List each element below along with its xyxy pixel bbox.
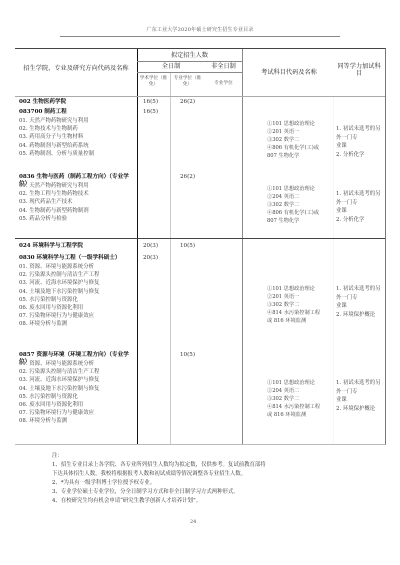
direction-item: 04. 土壤及地下水污染控制与修复	[19, 288, 137, 296]
direction-item: 03. 河流、近海水环境保护与修复	[19, 376, 137, 384]
header-divider	[15, 96, 385, 97]
direction-item: 02. 污染源头控制与清洁生产工程	[19, 271, 137, 279]
header-part-time: 非全日制	[205, 63, 242, 70]
section-divider	[15, 238, 385, 239]
direction-item: 08. 环境分析与监测	[19, 320, 137, 328]
direction-item: 05. 水污染控制与资源化	[19, 296, 137, 304]
college-name: 024 环境科学与工程学院	[19, 243, 135, 250]
direction-item: 01. 资源、环境与能源系统分析	[19, 360, 137, 368]
direction-item: 06. 废水回用与资源化利用	[19, 401, 137, 409]
exam-item: ③302 数学二	[267, 395, 333, 403]
direction-item: 02. 生物工程与生物药物技术	[19, 190, 137, 198]
direction-item: 05. 水污染控制与资源化	[19, 393, 137, 401]
note-item: 3、专业学位硕士专业学位，分全日制学习方式和非全日制学习方式两种形式。	[52, 488, 352, 497]
direction-item: 05. 药品分析与检验	[19, 215, 137, 223]
note-item: 下达具体招生人数，我校将根据报考人数和初试成绩等情况调整各专业招生人数。	[52, 470, 352, 479]
college-name: 002 生物医药学院	[19, 99, 135, 106]
direction-item: 03. 河流、近海水环境保护与修复	[19, 279, 137, 287]
notes-section: 注： 1、招生专业目录上各学院、各专业所列招生人数均为拟定数，仅供参考。复试前教…	[52, 452, 352, 506]
direction-list: 01. 资源、环境与能源系统分析 02. 污染源头控制与清洁生产工程 03. 河…	[19, 360, 137, 426]
page-title: 广东工业大学2020年硕士研究生招生专业目录	[60, 26, 340, 37]
direction-item: 04. 生物制药与新型药物制剂	[19, 207, 137, 215]
direction-item: 02. 污染源头控制与清洁生产工程	[19, 368, 137, 376]
exam-list: ①101 思想政治理论 ②204 英语二 ③302 数学二 ④814 水污染控制…	[267, 379, 333, 419]
exam-item: 或 816 环境监测	[267, 411, 333, 419]
academic-quota: 20(3)	[143, 255, 158, 262]
exam-item: ③302 数学二	[267, 301, 333, 309]
exam-item: ②204 英语二	[267, 387, 333, 395]
header-divider	[137, 61, 242, 62]
exam-item: 或 816 环境监测	[267, 317, 333, 325]
page-number: 24	[190, 519, 196, 525]
notes-heading: 注：	[52, 452, 352, 461]
exam-item: ④814 水污染控制工程	[267, 309, 333, 317]
exam-item: ②201 英语一	[267, 293, 333, 301]
header-quota: 拟定招生人数	[137, 52, 242, 59]
remark-item: 2. 环境保护概论	[336, 405, 384, 414]
direction-item: 01. 资源、环境与能源系统分析	[19, 263, 137, 271]
major-name: 0830 环境科学与工程（一级学科硕士）	[19, 255, 137, 262]
direction-item: 04. 土壤及地下水污染控制与修复	[19, 385, 137, 393]
direction-item: 03. 现代药品生产技术	[19, 198, 137, 206]
professional-quota: 10(5)	[180, 352, 195, 359]
academic-quota: 20(3)	[143, 243, 158, 250]
professional-quota: 26(2)	[180, 99, 195, 106]
direction-item: 05. 药物制剂、分析与质量控制	[19, 150, 137, 158]
remark-item: 业课	[336, 142, 384, 151]
header-academic: 学术学位（推免）	[139, 76, 168, 87]
direction-item: 08. 环境分析与监测	[19, 417, 137, 425]
exam-item: 807 生物化学	[267, 152, 333, 160]
remark-item: 业课	[336, 302, 384, 311]
direction-item: 07. 污染物环境行为与健康效应	[19, 312, 137, 320]
remarks-list: 1. 初试未选考的另外一门专 业课 2. 环境保护概论	[336, 379, 384, 413]
exam-item: ①101 思想政治理论	[267, 379, 333, 387]
remark-item: 1. 初试未选考的另外一门专	[336, 379, 384, 396]
exam-list: ①101 思想政治理论 ②204 英语二 ③302 数学二 ④806 有机化学(…	[267, 185, 333, 225]
direction-list: 01. 资源、环境与能源系统分析 02. 污染源头控制与清洁生产工程 03. 河…	[19, 263, 137, 329]
major-name: 083700 制药工程	[19, 109, 135, 116]
column-divider	[137, 49, 138, 444]
column-divider	[242, 49, 243, 444]
direction-item: 04. 药物制剂与新型给药系统	[19, 142, 137, 150]
remark-item: 1. 初试未选考的另外一门专	[336, 190, 384, 207]
exam-item: ①101 思想政治理论	[267, 120, 333, 128]
remark-item: 2. 分析化学	[336, 216, 384, 225]
remark-item: 2. 环境保护概论	[336, 311, 384, 320]
direction-item: 01. 天然产物药物研究与利用	[19, 117, 137, 125]
header-remarks: 同等学力加试科目	[335, 63, 383, 77]
remarks-list: 1. 初试未选考的另外一门专 业课 2. 分析化学	[336, 125, 384, 159]
exam-item: ②201 英语一	[267, 128, 333, 136]
column-divider	[170, 72, 171, 444]
direction-item: 03. 药用高分子与生物材料	[19, 133, 137, 141]
header-professional-pt: 专业学位	[207, 81, 240, 87]
exam-item: ①101 思想政治理论	[267, 285, 333, 293]
note-item: 2、*为具有一级学科博士学位授予权专业。	[52, 479, 352, 488]
program-table: 招生学院、专业及研究方向代码及名称 拟定招生人数 全日制 非全日制 学术学位（推…	[15, 48, 386, 445]
remarks-list: 1. 初试未选考的另外一门专 业课 2. 分析化学	[336, 190, 384, 224]
note-item: 4、在校研究生均有机会申请“研究生教学创新人才培养计划”。	[52, 497, 352, 506]
exam-item: ①101 思想政治理论	[267, 185, 333, 193]
exam-item: ④814 水污染控制工程	[267, 403, 333, 411]
remarks-list: 1. 初试未选考的另外一门专 业课 2. 环境保护概论	[336, 285, 384, 319]
exam-item: ③302 数学二	[267, 201, 333, 209]
academic-quota: 16(5)	[143, 109, 158, 116]
remark-item: 业课	[336, 396, 384, 405]
exam-item: ②204 英语二	[267, 193, 333, 201]
header-program-label: 招生学院、专业及研究方向代码及名称	[23, 65, 128, 72]
exam-list: ①101 思想政治理论 ②201 英语一 ③302 数学二 ④814 水污染控制…	[267, 285, 333, 325]
professional-quota: 10(5)	[180, 243, 195, 250]
direction-item: 02. 生物技术与生物制药	[19, 125, 137, 133]
direction-item: 06. 废水回用与资源化利用	[19, 304, 137, 312]
direction-item: 01. 天然产物药物研究与利用	[19, 182, 137, 190]
header-full-time: 全日制	[137, 63, 205, 70]
direction-list: 01. 天然产物药物研究与利用 02. 生物工程与生物药物技术 03. 现代药品…	[19, 182, 137, 223]
remark-item: 业课	[336, 207, 384, 216]
header-program: 招生学院、专业及研究方向代码及名称	[19, 65, 133, 72]
exam-item: ③302 数学二	[267, 136, 333, 144]
remark-item: 1. 初试未选考的另外一门专	[336, 285, 384, 302]
direction-list: 01. 天然产物药物研究与利用 02. 生物技术与生物制药 03. 药用高分子与…	[19, 117, 137, 158]
exam-list: ①101 思想政治理论 ②201 英语一 ③302 数学二 ④806 有机化学(…	[267, 120, 333, 160]
academic-quota: 16(5)	[143, 99, 158, 106]
header-divider	[137, 72, 242, 73]
remark-item: 2. 分析化学	[336, 151, 384, 160]
header-professional: 专业学位（推免）	[172, 76, 203, 87]
header-exam: 考试科目代码及名称	[247, 69, 331, 76]
direction-item: 07. 污染物环境行为与健康效应	[19, 409, 137, 417]
exam-item: 807 生物化学	[267, 217, 333, 225]
column-divider	[333, 97, 334, 444]
remark-item: 1. 初试未选考的另外一门专	[336, 125, 384, 142]
note-item: 1、招生专业目录上各学院、各专业所列招生人数均为拟定数，仅供参考。复试前教育部将	[52, 461, 352, 470]
exam-item: ④806 有机化学(工)或	[267, 209, 333, 217]
professional-quota: 26(2)	[180, 174, 195, 181]
exam-item: ④806 有机化学(工)或	[267, 144, 333, 152]
